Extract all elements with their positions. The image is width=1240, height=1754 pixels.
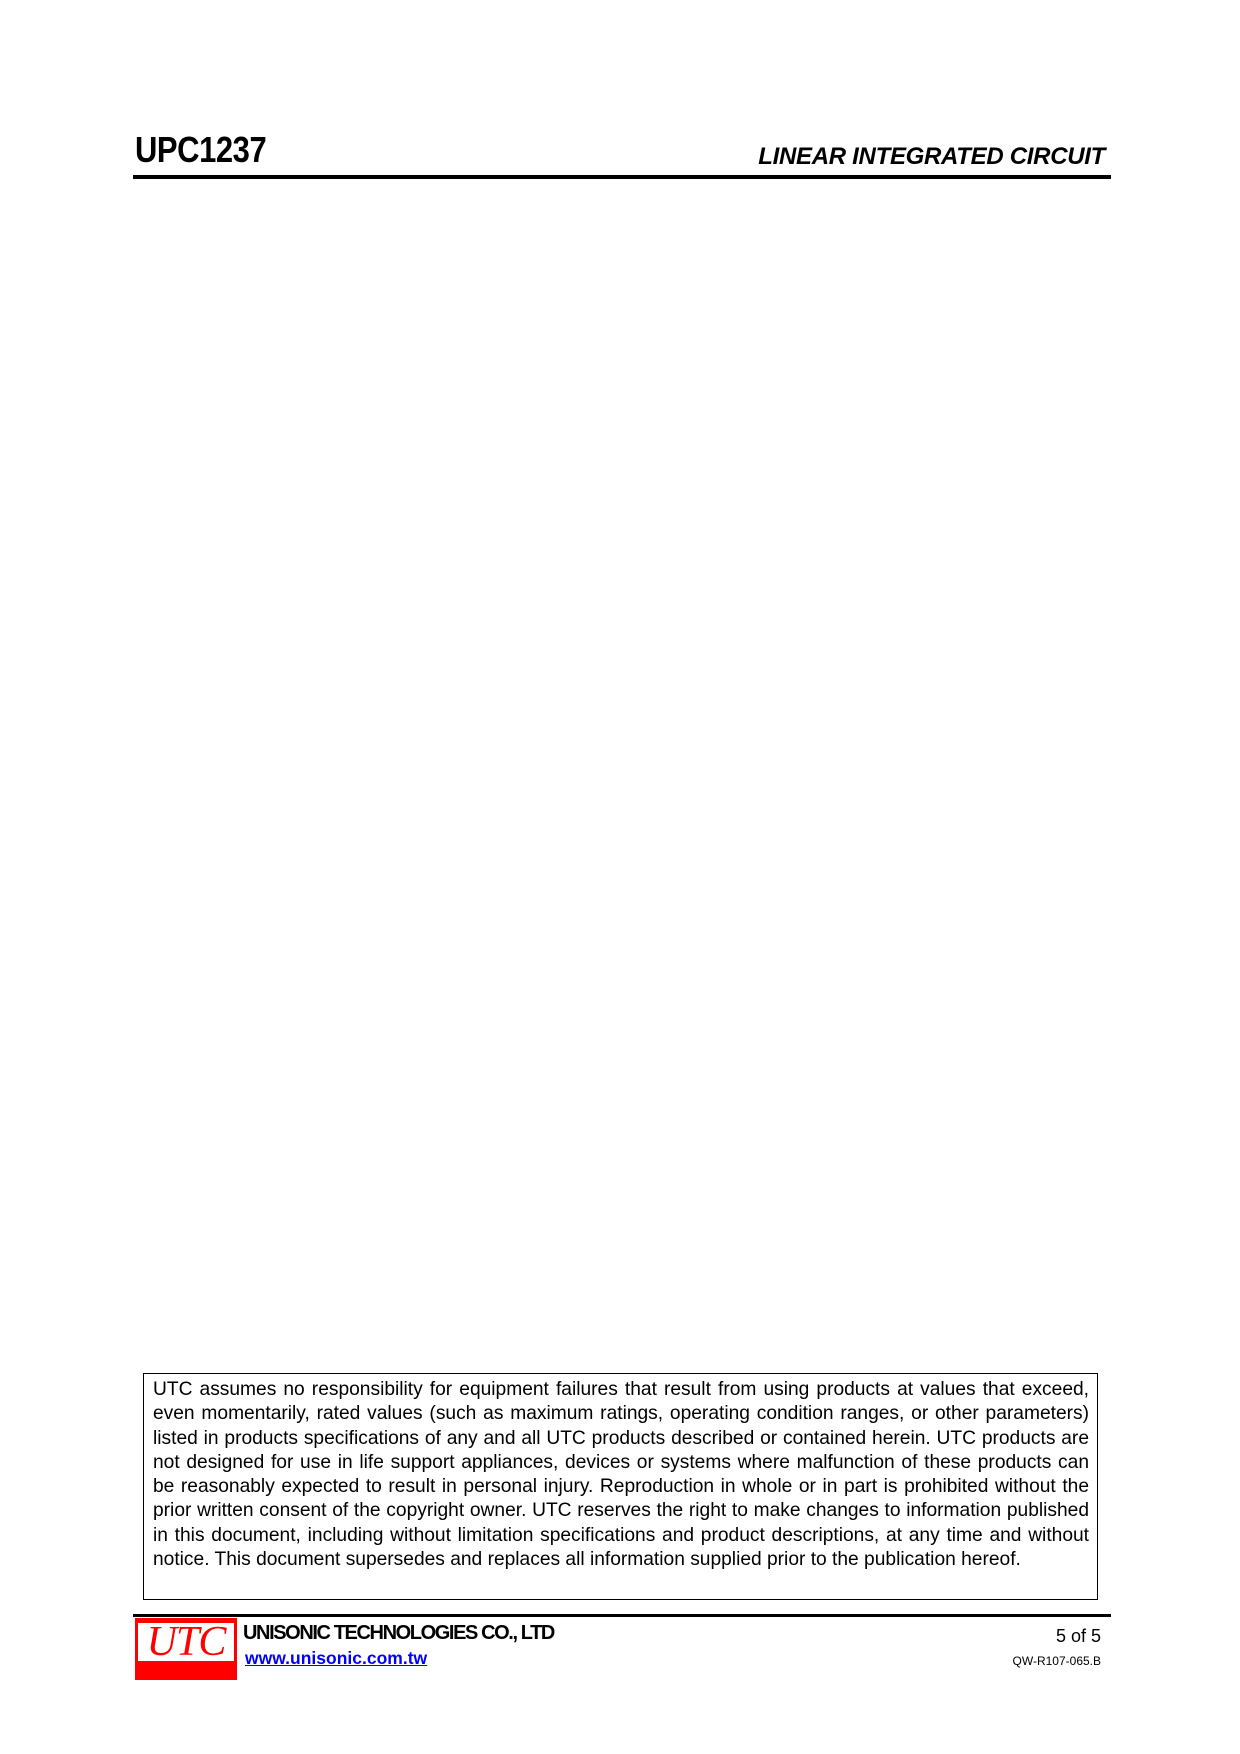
footer-divider	[133, 1614, 1111, 1617]
page-number: 5 of 5	[1056, 1625, 1101, 1647]
utc-logo: UTC	[135, 1618, 237, 1680]
document-code: QW-R107-065.B	[1013, 1654, 1101, 1668]
disclaimer-text: UTC assumes no responsibility for equipm…	[153, 1378, 1089, 1572]
company-website-link[interactable]: www.unisonic.com.tw	[245, 1647, 427, 1669]
document-category: LINEAR INTEGRATED CIRCUIT	[758, 142, 1105, 172]
utc-logo-text: UTC	[147, 1622, 226, 1662]
utc-logo-inner: UTC	[138, 1623, 234, 1661]
disclaimer-box: UTC assumes no responsibility for equipm…	[143, 1373, 1098, 1600]
header-divider	[133, 175, 1111, 179]
company-name: UNISONIC TECHNOLOGIES CO., LTD	[243, 1621, 554, 1645]
page-header: UPC1237 LINEAR INTEGRATED CIRCUIT	[133, 128, 1111, 180]
page-footer: UTC UNISONIC TECHNOLOGIES CO., LTD www.u…	[133, 1614, 1111, 1694]
part-number-title: UPC1237	[135, 128, 266, 172]
